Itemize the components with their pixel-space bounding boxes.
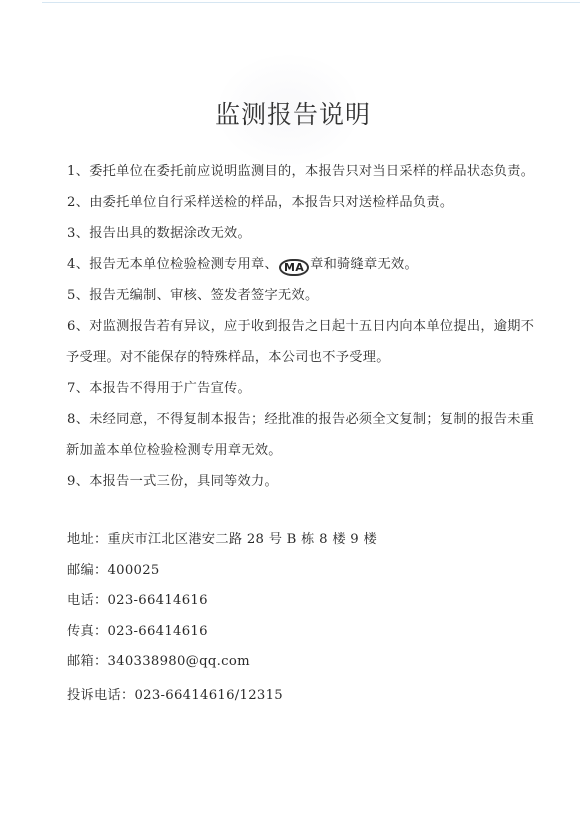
clause-text: 未经同意，不得复制本报告；经批准的报告必须全文复制；复制的报告未重 — [89, 412, 534, 427]
clause-3: 3、报告出具的数据涂改无效。 — [67, 218, 547, 249]
clause-text: 报告出具的数据涂改无效。 — [89, 226, 251, 241]
clause-number: 2、 — [67, 195, 89, 210]
clause-text: 本报告不得用于广告宣传。 — [89, 381, 251, 396]
postcode-line: 邮编：400025 — [67, 556, 377, 587]
clause-8: 8、未经同意，不得复制本报告；经批准的报告必须全文复制；复制的报告未重 新加盖本… — [67, 404, 547, 466]
clause-number: 3、 — [67, 226, 89, 241]
complaint-label: 投诉电话： — [67, 688, 134, 703]
clause-text-continued: 新加盖本单位检验检测专用章无效。 — [66, 435, 547, 466]
clause-6: 6、对监测报告若有异议，应于收到报告之日起十五日内向本单位提出，逾期不 予受理。… — [67, 311, 547, 373]
phone-value: 023-66414616 — [107, 593, 207, 608]
clause-list: 1、委托单位在委托前应说明监测目的，本报告只对当日采样的样品状态负责。 2、由委… — [67, 156, 547, 497]
clause-number: 9、 — [67, 474, 89, 489]
address-line: 地址：重庆市江北区港安二路 28 号 B 栋 8 楼 9 楼 — [67, 525, 377, 556]
clause-1: 1、委托单位在委托前应说明监测目的，本报告只对当日采样的样品状态负责。 — [67, 156, 547, 187]
complaint-value: 023-66414616/12315 — [134, 688, 283, 703]
email-value: 340338980@qq.com — [107, 654, 249, 669]
clause-text: 由委托单位自行采样送检的样品，本报告只对送检样品负责。 — [89, 195, 453, 210]
address-value: 重庆市江北区港安二路 28 号 B 栋 8 楼 9 楼 — [107, 532, 377, 547]
clause-text: 本报告一式三份，具同等效力。 — [89, 474, 278, 489]
page-top-edge — [42, 2, 580, 3]
clause-number: 1、 — [67, 164, 89, 179]
email-line: 邮箱：340338980@qq.com — [67, 647, 377, 678]
clause-7: 7、本报告不得用于广告宣传。 — [67, 373, 547, 404]
clause-number: 5、 — [67, 288, 89, 303]
clause-2: 2、由委托单位自行采样送检的样品，本报告只对送检样品负责。 — [67, 187, 547, 218]
fax-label: 传真： — [67, 624, 107, 639]
fax-line: 传真：023-66414616 — [67, 617, 377, 648]
clause-9: 9、本报告一式三份，具同等效力。 — [67, 466, 547, 497]
clause-number: 7、 — [67, 381, 89, 396]
clause-text: 委托单位在委托前应说明监测目的，本报告只对当日采样的样品状态负责。 — [89, 164, 534, 179]
address-label: 地址： — [67, 532, 107, 547]
clause-text: 报告无编制、审核、签发者签字无效。 — [89, 288, 318, 303]
clause-text: 报告无本单位检验检测专用章、 — [89, 257, 278, 272]
clause-number: 6、 — [67, 319, 89, 334]
phone-label: 电话： — [67, 593, 107, 608]
clause-text-continued: 予受理。对不能保存的特殊样品，本公司也不予受理。 — [66, 342, 547, 373]
clause-5: 5、报告无编制、审核、签发者签字无效。 — [67, 280, 547, 311]
postcode-label: 邮编： — [67, 563, 107, 578]
cma-logo-icon: MA — [279, 259, 309, 276]
phone-line: 电话：023-66414616 — [67, 586, 377, 617]
complaint-line: 投诉电话：023-66414616/12315 — [67, 681, 377, 712]
page-title: 监测报告说明 — [0, 95, 586, 131]
clause-number: 4、 — [67, 257, 89, 272]
clause-text: 章和骑缝章无效。 — [310, 257, 418, 272]
clause-4: 4、报告无本单位检验检测专用章、MA章和骑缝章无效。 — [67, 249, 547, 280]
postcode-value: 400025 — [107, 563, 159, 578]
clause-number: 8、 — [67, 412, 89, 427]
fax-value: 023-66414616 — [107, 624, 207, 639]
email-label: 邮箱： — [67, 654, 107, 669]
clause-text: 对监测报告若有异议，应于收到报告之日起十五日内向本单位提出，逾期不 — [89, 319, 534, 334]
contact-info: 地址：重庆市江北区港安二路 28 号 B 栋 8 楼 9 楼 邮编：400025… — [67, 525, 377, 711]
